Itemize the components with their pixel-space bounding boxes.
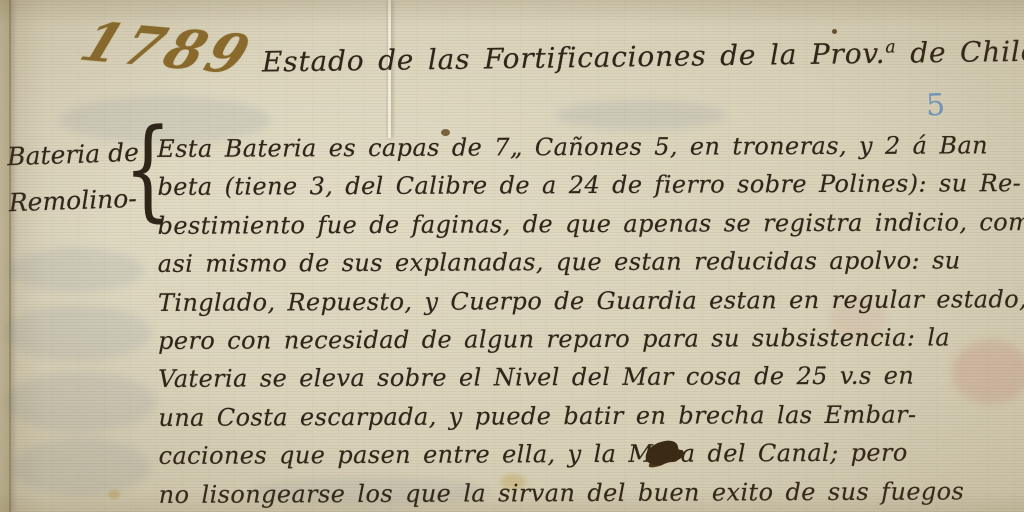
body-line: una Costa escarpada, y puede batir en br… bbox=[158, 395, 1024, 437]
manuscript-page: 1789 Estado de las Fortificaciones de la… bbox=[0, 0, 1024, 512]
document-title: Estado de las Fortificaciones de la Prov… bbox=[262, 34, 1024, 78]
body-line: Vateria se eleva sobre el Nivel del Mar … bbox=[158, 357, 1024, 399]
ink-show-through bbox=[8, 248, 144, 292]
year-inscription: 1789 bbox=[72, 10, 262, 87]
margin-note: Bateria de Remolino- bbox=[6, 130, 141, 227]
title-text: Estado de las Fortificaciones de la Prov… bbox=[262, 37, 886, 79]
body-line: asi mismo de sus explanadas, que estan r… bbox=[158, 241, 1024, 283]
title-superscript: a bbox=[885, 37, 896, 57]
margin-note-line: Bateria de bbox=[6, 130, 139, 181]
body-text: Esta Bateria es capas de 7„ Cañones 5, e… bbox=[157, 126, 1024, 512]
page-binding-edge bbox=[0, 0, 11, 512]
body-line: beta (tiene 3, del Calibre de a 24 de fi… bbox=[157, 165, 1023, 207]
ink-fleck bbox=[832, 29, 837, 34]
yellow-stain bbox=[108, 490, 120, 499]
body-line: Esta Bateria es capas de 7„ Cañones 5, e… bbox=[157, 126, 1023, 168]
body-line: caciones que pasen entre ella, y la Masa… bbox=[159, 433, 1024, 475]
body-line: bestimiento fue de faginas, de que apena… bbox=[158, 203, 1024, 245]
body-line: pero con necesidad de algun reparo para … bbox=[158, 318, 1024, 360]
body-line: Tinglado, Repuesto, y Cuerpo de Guardia … bbox=[158, 280, 1024, 322]
body-line: no lisongearse los que la sirvan del bue… bbox=[159, 472, 1024, 512]
ink-show-through bbox=[4, 305, 152, 361]
page-number-stamp: 5 bbox=[925, 88, 945, 124]
margin-note-line: Remolino- bbox=[8, 176, 141, 227]
ink-show-through bbox=[556, 100, 726, 130]
ink-show-through bbox=[6, 372, 156, 432]
title-text-end: de Chiloe bbox=[896, 34, 1024, 69]
ink-show-through bbox=[12, 438, 150, 496]
